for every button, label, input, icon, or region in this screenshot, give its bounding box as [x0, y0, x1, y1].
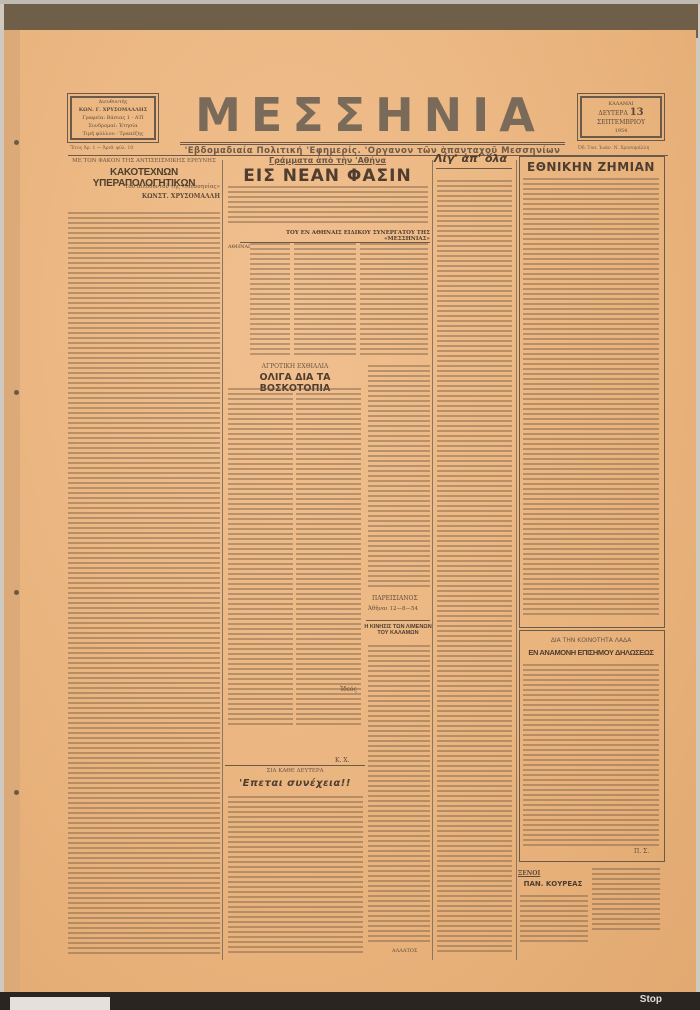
article-body	[360, 243, 428, 358]
binding-hole	[14, 590, 19, 595]
article-kicker: ΞΕΝΟΙ	[518, 870, 540, 877]
article-body	[228, 388, 293, 728]
article-signature: Ἰδεός	[340, 686, 357, 693]
column-signature: ΠΑΡΕΙΣΙΑΝΟΣ	[372, 595, 418, 602]
article-dateline: ΑΘΗΝΑΙ	[228, 244, 250, 250]
article-kicker: ΣΙΑ ΚΑΘΕ ΔΕΥΤΕΡΑ	[225, 768, 365, 774]
binding-hole	[14, 390, 19, 395]
issue-number: Ἔτος Ἀρ. 1 — Ἀριθ. φύλ. 10	[70, 146, 160, 151]
article-headline: 'Επεται συνέχεια!!	[225, 778, 365, 789]
section-rule	[225, 765, 365, 766]
publisher-info-box: Διευθυντής ΚΩΝ. Γ. ΧΡΥΣΟΜΑΛΛΗΣ Γραφεῖα: …	[70, 96, 156, 140]
article-body	[520, 895, 588, 945]
info-line: Διευθυντής	[72, 98, 154, 106]
date-box: ΚΑΛΑΜΑΙ ΔΕΥΤΕΡΑ 13 ΣΕΠΤΕΜΒΡΙΟΥ 1954	[580, 96, 662, 138]
newspaper-title: ΜΕΣΣΗΝΙΑ	[180, 88, 560, 142]
article-body	[68, 212, 220, 957]
article-signature: Π. Σ.	[634, 848, 649, 855]
article-body	[296, 388, 361, 728]
headline-line: ΤΟΥ ΚΑΛΑΜΩΝ	[364, 630, 432, 636]
thumbnail-strip[interactable]	[10, 997, 110, 1010]
column-date: Ἀθῆναι 12—8—54	[368, 606, 418, 612]
article-headline: Η ΚΙΝΗΣΙΣ ΤΩΝ ΛΙΜΕΝΩΝ ΤΟΥ ΚΑΛΑΜΩΝ	[364, 624, 432, 636]
article-body	[523, 178, 659, 618]
article-byline: Τοῦ Διευθυντοῦ τῆς «Μεσσηνίας»	[100, 184, 220, 190]
article-body	[250, 243, 290, 358]
briefs-body	[437, 180, 512, 955]
year: 1954	[582, 127, 660, 135]
weekday: ΔΕΥΤΕΡΑ	[598, 110, 627, 117]
info-line: Γραφεῖα: Βάσιας 1 · ΑΤΙ	[72, 114, 154, 122]
column-divider	[222, 160, 223, 960]
date-line: ΔΕΥΤΕΡΑ 13 ΣΕΠΤΕΜΒΡΙΟΥ	[582, 108, 660, 127]
info-line: Συνδρομαί: Ἐτησία	[72, 122, 154, 130]
article-body	[228, 796, 363, 956]
section-rule	[436, 168, 512, 169]
briefs-heading: Λίγ' ἀπ' ὅλα	[434, 152, 514, 165]
article-kicker: ΑΓΡΟΤΙΚΗ ΕΧΘΙΑΛΙΑ	[225, 363, 365, 370]
article-kicker: ΜΕ ΤΟΝ ΦΑΚΟΝ ΤΗΣ ΑΝΤΙΣΕΙΣΜΙΚΗΣ ΕΡΕΥΝΗΣ	[68, 158, 220, 164]
article-headline: ΕΙΣ ΝΕΑΝ ΦΑΣΙΝ	[225, 166, 430, 186]
info-line: Τιμή φύλλου · Τραπέζης	[72, 130, 154, 138]
article-signature: ΑΛΛΑΤΟΣ	[392, 948, 417, 954]
article-body	[368, 365, 430, 590]
article-signature: Κ. Χ.	[335, 757, 349, 764]
column-divider	[432, 160, 433, 960]
article-kicker: Γράμματα ἀπὸ τὴν 'Αθήνα	[225, 156, 430, 165]
printer-info: Ὁδ. Τυπ. Ἰωάν. Ν. Χρυσομάλλη	[578, 146, 678, 151]
column-divider	[516, 160, 517, 960]
binding-hole	[14, 140, 19, 145]
article-body	[523, 664, 659, 847]
article-credit: ΤΟΥ ΕΝ ΑΘΗΝΑΙΣ ΕΙΔΙΚΟΥ ΣΥΝΕΡΓΑΤΟΥ ΤΗΣ «Μ…	[240, 230, 430, 243]
stop-button[interactable]: Stop	[640, 994, 662, 1005]
article-headline: ΕΘΝΙΚΗΝ ΖΗΜΙΑΝ	[520, 160, 662, 174]
article-author: ΚΩΝΣΤ. ΧΡΥΣΟΜΑΛΛΗ	[100, 193, 220, 200]
article-body	[592, 868, 660, 931]
article-body	[294, 243, 356, 358]
article-body	[368, 645, 430, 945]
info-line: ΚΩΝ. Γ. ΧΡΥΣΟΜΑΛΛΗΣ	[72, 106, 154, 114]
article-headline: ΠΑΝ. ΚΟΥΡΕΑΣ	[518, 880, 588, 888]
binding-hole	[14, 790, 19, 795]
article-headline: ΕΝ ΑΝΑΜΟΝΗ ΕΠΙΣΗΜΟΥ ΔΗΛΩΣΕΩΣ	[520, 648, 662, 657]
article-lead	[228, 186, 428, 226]
article-kicker: ΔΙΑ ΤΗΝ ΚΟΙΝΟΤΗΤΑ ΛΑΔΑ	[520, 637, 662, 644]
day-number: 13	[630, 107, 644, 118]
viewer-bottom-bar: Stop	[0, 992, 700, 1010]
city-label: ΚΑΛΑΜΑΙ	[582, 100, 660, 108]
section-rule	[366, 620, 430, 621]
month: ΣΕΠΤΕΜΒΡΙΟΥ	[597, 119, 645, 126]
